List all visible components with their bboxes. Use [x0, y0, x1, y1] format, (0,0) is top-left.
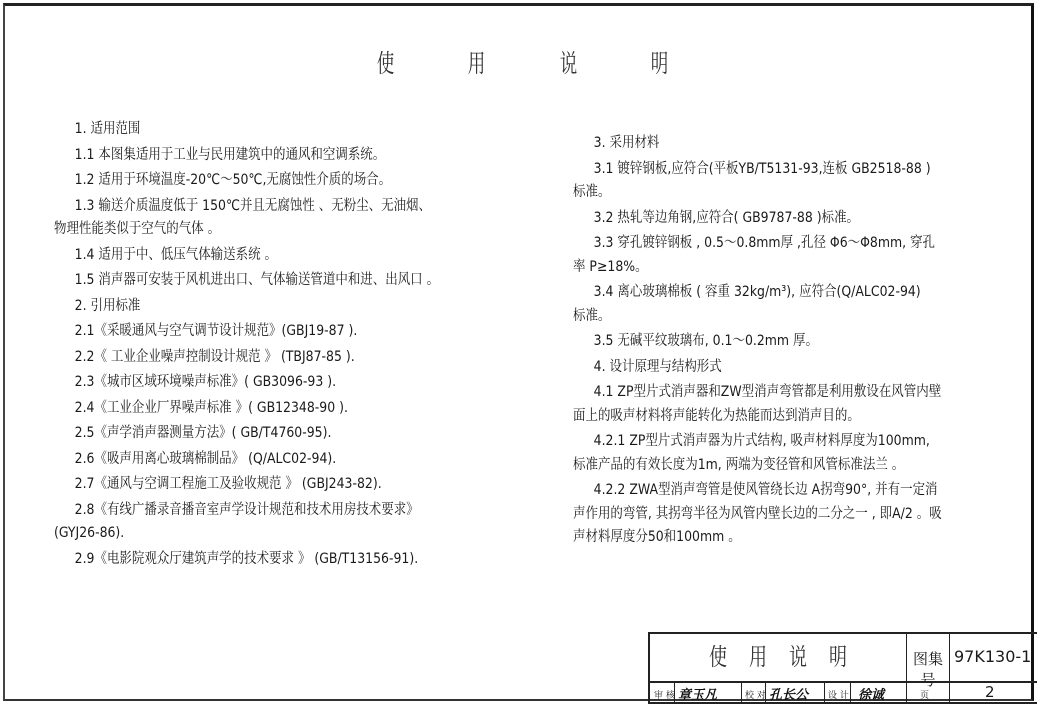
title-block-char: 明	[829, 634, 847, 681]
standard-item: 2.3《城市区域环境噪声标准》( GB3096-93 ).	[54, 371, 432, 395]
page-label: 页	[920, 688, 929, 701]
title-block-char: 用	[749, 634, 767, 681]
title-char: 用	[468, 44, 486, 80]
reviewer-label: 审 核	[654, 688, 675, 701]
checker-label: 校 对	[745, 688, 766, 701]
standard-item: 2.2《 工业企业噪声控制设计规范 》 (TBJ87-85 ).	[54, 346, 432, 370]
title-block: 使用说明 图集号 97K130-1 审 核 章玉凡 校 对 孔长公 设 计 徐诚…	[648, 632, 1037, 704]
page-title: 使用说明	[0, 44, 1045, 80]
paragraph: 3.4 离心玻璃棉板 ( 容重 32kg/m³), 应符合(Q/ALC02-94…	[573, 281, 934, 305]
divider	[824, 683, 825, 704]
paragraph: 3.3 穿孔镀锌钢板 , 0.5～0.8mm厚 ,孔径 Φ6～Φ8mm, 穿孔	[573, 232, 934, 256]
standard-item-continuation: (GYJ26-86).	[54, 522, 432, 546]
paragraph: 4.1 ZP型片式消声器和ZW型消声弯管都是利用敷设在风管内壁	[573, 381, 934, 405]
paragraph: 3.5 无碱平纹玻璃布, 0.1～0.2mm 厚。	[573, 330, 934, 354]
paragraph: 1.5 消声器可安装于风机进出口、气体输送管道中和进、出风口 。	[54, 269, 432, 293]
paragraph: 1.3 输送介质温度低于 150℃并且无腐蚀性 、无粉尘、无油烟、	[54, 195, 432, 219]
standard-item: 2.8《有线广播录音播音室声学设计规范和技术用房技术要求》	[54, 499, 432, 523]
reviewer-signature: 章玉凡	[678, 684, 717, 703]
paragraph-continuation: 标准。	[573, 305, 934, 329]
right-column: 3. 采用材料 3.1 镀锌钢板,应符合(平板YB/T5131-93,连板 GB…	[573, 132, 993, 550]
title-block-char: 说	[789, 634, 807, 681]
bottom-rule	[648, 702, 1037, 704]
page-number: 2	[985, 683, 995, 701]
paragraph-continuation: 率 P≥18%。	[573, 256, 934, 280]
title-char: 说	[559, 44, 577, 80]
title-block-char: 使	[709, 634, 727, 681]
paragraph: 1.1 本图集适用于工业与民用建筑中的通风和空调系统。	[54, 144, 432, 168]
divider	[674, 683, 675, 704]
section-heading-scope: 1. 适用范围	[54, 118, 432, 142]
paragraph: 1.2 适用于环境温度-20℃～50℃,无腐蚀性介质的场合。	[54, 169, 432, 193]
paragraph: 1.4 适用于中、低压气体输送系统 。	[54, 244, 432, 268]
standard-item: 2.4《工业企业厂界噪声标准 》( GB12348-90 ).	[54, 397, 432, 421]
paragraph-continuation: 声材料厚度分50和100mm 。	[573, 526, 934, 550]
atlas-number: 97K130-1	[954, 647, 1031, 666]
section-heading-materials: 3. 采用材料	[573, 132, 934, 156]
paragraph-continuation: 声作用的弯管, 其拐弯半径为风管内壁长边的二分之一 , 即A/2 。吸	[573, 503, 934, 527]
checker-signature: 孔长公	[769, 684, 808, 703]
designer-signature: 徐诚	[858, 684, 884, 703]
title-char: 使	[377, 44, 395, 80]
paragraph: 4.2.2 ZWA型消声弯管是使风管绕长边 A拐弯90°, 并有一定消	[573, 479, 934, 503]
paragraph-continuation: 物理性能类似于空气的气体 。	[54, 218, 432, 242]
paragraph: 4.2.1 ZP型片式消声器为片式结构, 吸声材料厚度为100mm,	[573, 430, 934, 454]
paragraph-continuation: 标准。	[573, 181, 934, 205]
standard-item: 2.1《采暖通风与空气调节设计规范》(GBJ19-87 ).	[54, 320, 432, 344]
standard-item: 2.6《吸声用离心玻璃棉制品》 (Q/ALC02-94).	[54, 448, 432, 472]
left-column: 1. 适用范围 1.1 本图集适用于工业与民用建筑中的通风和空调系统。 1.2 …	[54, 118, 494, 571]
title-block-title: 使用说明	[650, 634, 906, 681]
paragraph: 3.1 镀锌钢板,应符合(平板YB/T5131-93,连板 GB2518-88 …	[573, 158, 934, 182]
paragraph-continuation: 标准产品的有效长度为1m, 两端为变径管和风管标准法兰 。	[573, 454, 934, 478]
paragraph: 3.2 热轧等边角钢,应符合( GB9787-88 )标准。	[573, 207, 934, 231]
standard-item: 2.9《电影院观众厅建筑声学的技术要求 》 (GB/T13156-91).	[54, 548, 432, 572]
title-char: 明	[650, 44, 668, 80]
section-heading-design: 4. 设计原理与结构形式	[573, 356, 934, 380]
standard-item: 2.7《通风与空调工程施工及验收规范 》 (GBJ243-82).	[54, 473, 432, 497]
title-block-signature-row: 审 核 章玉凡 校 对 孔长公 设 计 徐诚 页 2	[650, 683, 1037, 704]
section-heading-standards: 2. 引用标准	[54, 295, 432, 319]
divider	[850, 683, 851, 704]
divider	[765, 683, 766, 704]
standard-item: 2.5《声学消声器测量方法》( GB/T4760-95).	[54, 422, 432, 446]
title-block-top-row: 使用说明 图集号 97K130-1	[650, 634, 1037, 683]
divider	[741, 683, 742, 704]
paragraph-continuation: 面上的吸声材料将声能转化为热能而达到消声目的。	[573, 405, 934, 429]
designer-label: 设 计	[828, 688, 849, 701]
